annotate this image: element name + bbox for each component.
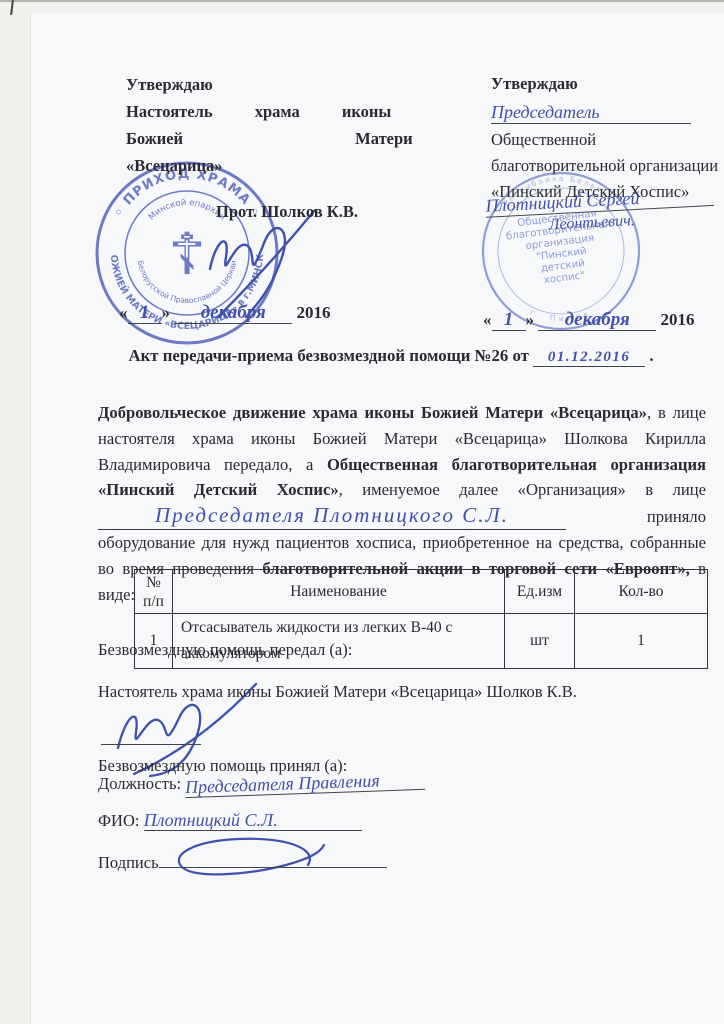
date-year-left: 2016 (297, 303, 331, 322)
scan-edge-top (0, 0, 724, 2)
signer-name-left: Прот. Шолков К.В. (216, 199, 358, 225)
date-month-handwritten-left: декабря (174, 303, 292, 324)
approver-right-line2: благотворительной организации (491, 153, 724, 179)
col-header-name: Наименование (173, 570, 505, 614)
fio-label: ФИО: (98, 811, 139, 830)
scanned-document-page: Утверждаю Настоятель храма иконы Божией … (30, 13, 724, 1024)
approver-right-line1: Общественной (491, 127, 724, 153)
representative-handwritten: Председателя Плотницкого С.Л. (155, 503, 509, 527)
col-header-unit: Ед.изм (505, 570, 575, 614)
signature-line-receiver: Подпись (98, 850, 387, 876)
date-month-handwritten-right: декабря (538, 310, 656, 331)
date-year-right: 2016 (661, 310, 695, 329)
fio-line: ФИО: Плотницкий С.Л. (98, 808, 362, 834)
signature-blank (159, 850, 387, 868)
cell-qty: 1 (575, 614, 708, 669)
quote-open: « (119, 303, 128, 322)
table-header-row: № п/п Наименование Ед.изм Кол-во (135, 570, 708, 614)
signature-line-giver (101, 744, 201, 745)
document-title-text: Акт передачи-приема безвозмездной помощи… (128, 346, 528, 365)
position-handwritten: Председателя Правления (185, 769, 426, 798)
signature-label: Подпись (98, 853, 159, 872)
position-label: Должность: (98, 774, 181, 793)
col-header-number: № п/п (135, 570, 173, 614)
date-day-handwritten-right: 1 (492, 310, 526, 331)
position-handwritten-right: Председатель (491, 101, 691, 124)
body-seg4: , именуемое далее «Организация» в лице (339, 480, 706, 499)
gave-label: Безвозмездную помощь передал (а): (98, 637, 352, 663)
position-line: Должность: Председателя Правления (98, 771, 425, 797)
quote-open: « (483, 310, 492, 329)
quote-close: » (162, 303, 171, 322)
approve-heading-right: Утверждаю (491, 71, 724, 97)
scan-scratch-artifact (10, 0, 14, 15)
approver-block-left: Утверждаю Настоятель храма иконы Божией … (126, 71, 469, 179)
date-line-left: «1» декабря 2016 (119, 300, 331, 326)
org-giver-name: Добровольческое движение храма иконы Бож… (98, 403, 647, 422)
col-header-qty: Кол-во (575, 570, 708, 614)
date-day-handwritten-left: 1 (128, 303, 162, 324)
representative-handwritten-blank: Председателя Плотницкого С.Л. (98, 503, 566, 530)
fio-handwritten: Плотницкий С.Л. (144, 810, 362, 831)
cell-unit: шт (505, 614, 575, 669)
approver-left-line1: Настоятель храма иконы (126, 98, 469, 125)
giver-line: Настоятель храма иконы Божией Матери «Вс… (98, 679, 577, 705)
document-title: Акт передачи-приема безвозмездной помощи… (71, 343, 711, 369)
approver-left-line3: «Всецарица» (126, 152, 469, 179)
title-date-handwritten: 01.12.2016 (533, 348, 645, 367)
approver-left-line2: Божией Матери (126, 125, 469, 152)
approve-heading-left: Утверждаю (126, 71, 469, 98)
quote-close: » (526, 310, 535, 329)
date-line-right: «1» декабря 2016 (483, 307, 695, 333)
title-tail: . (649, 346, 653, 365)
